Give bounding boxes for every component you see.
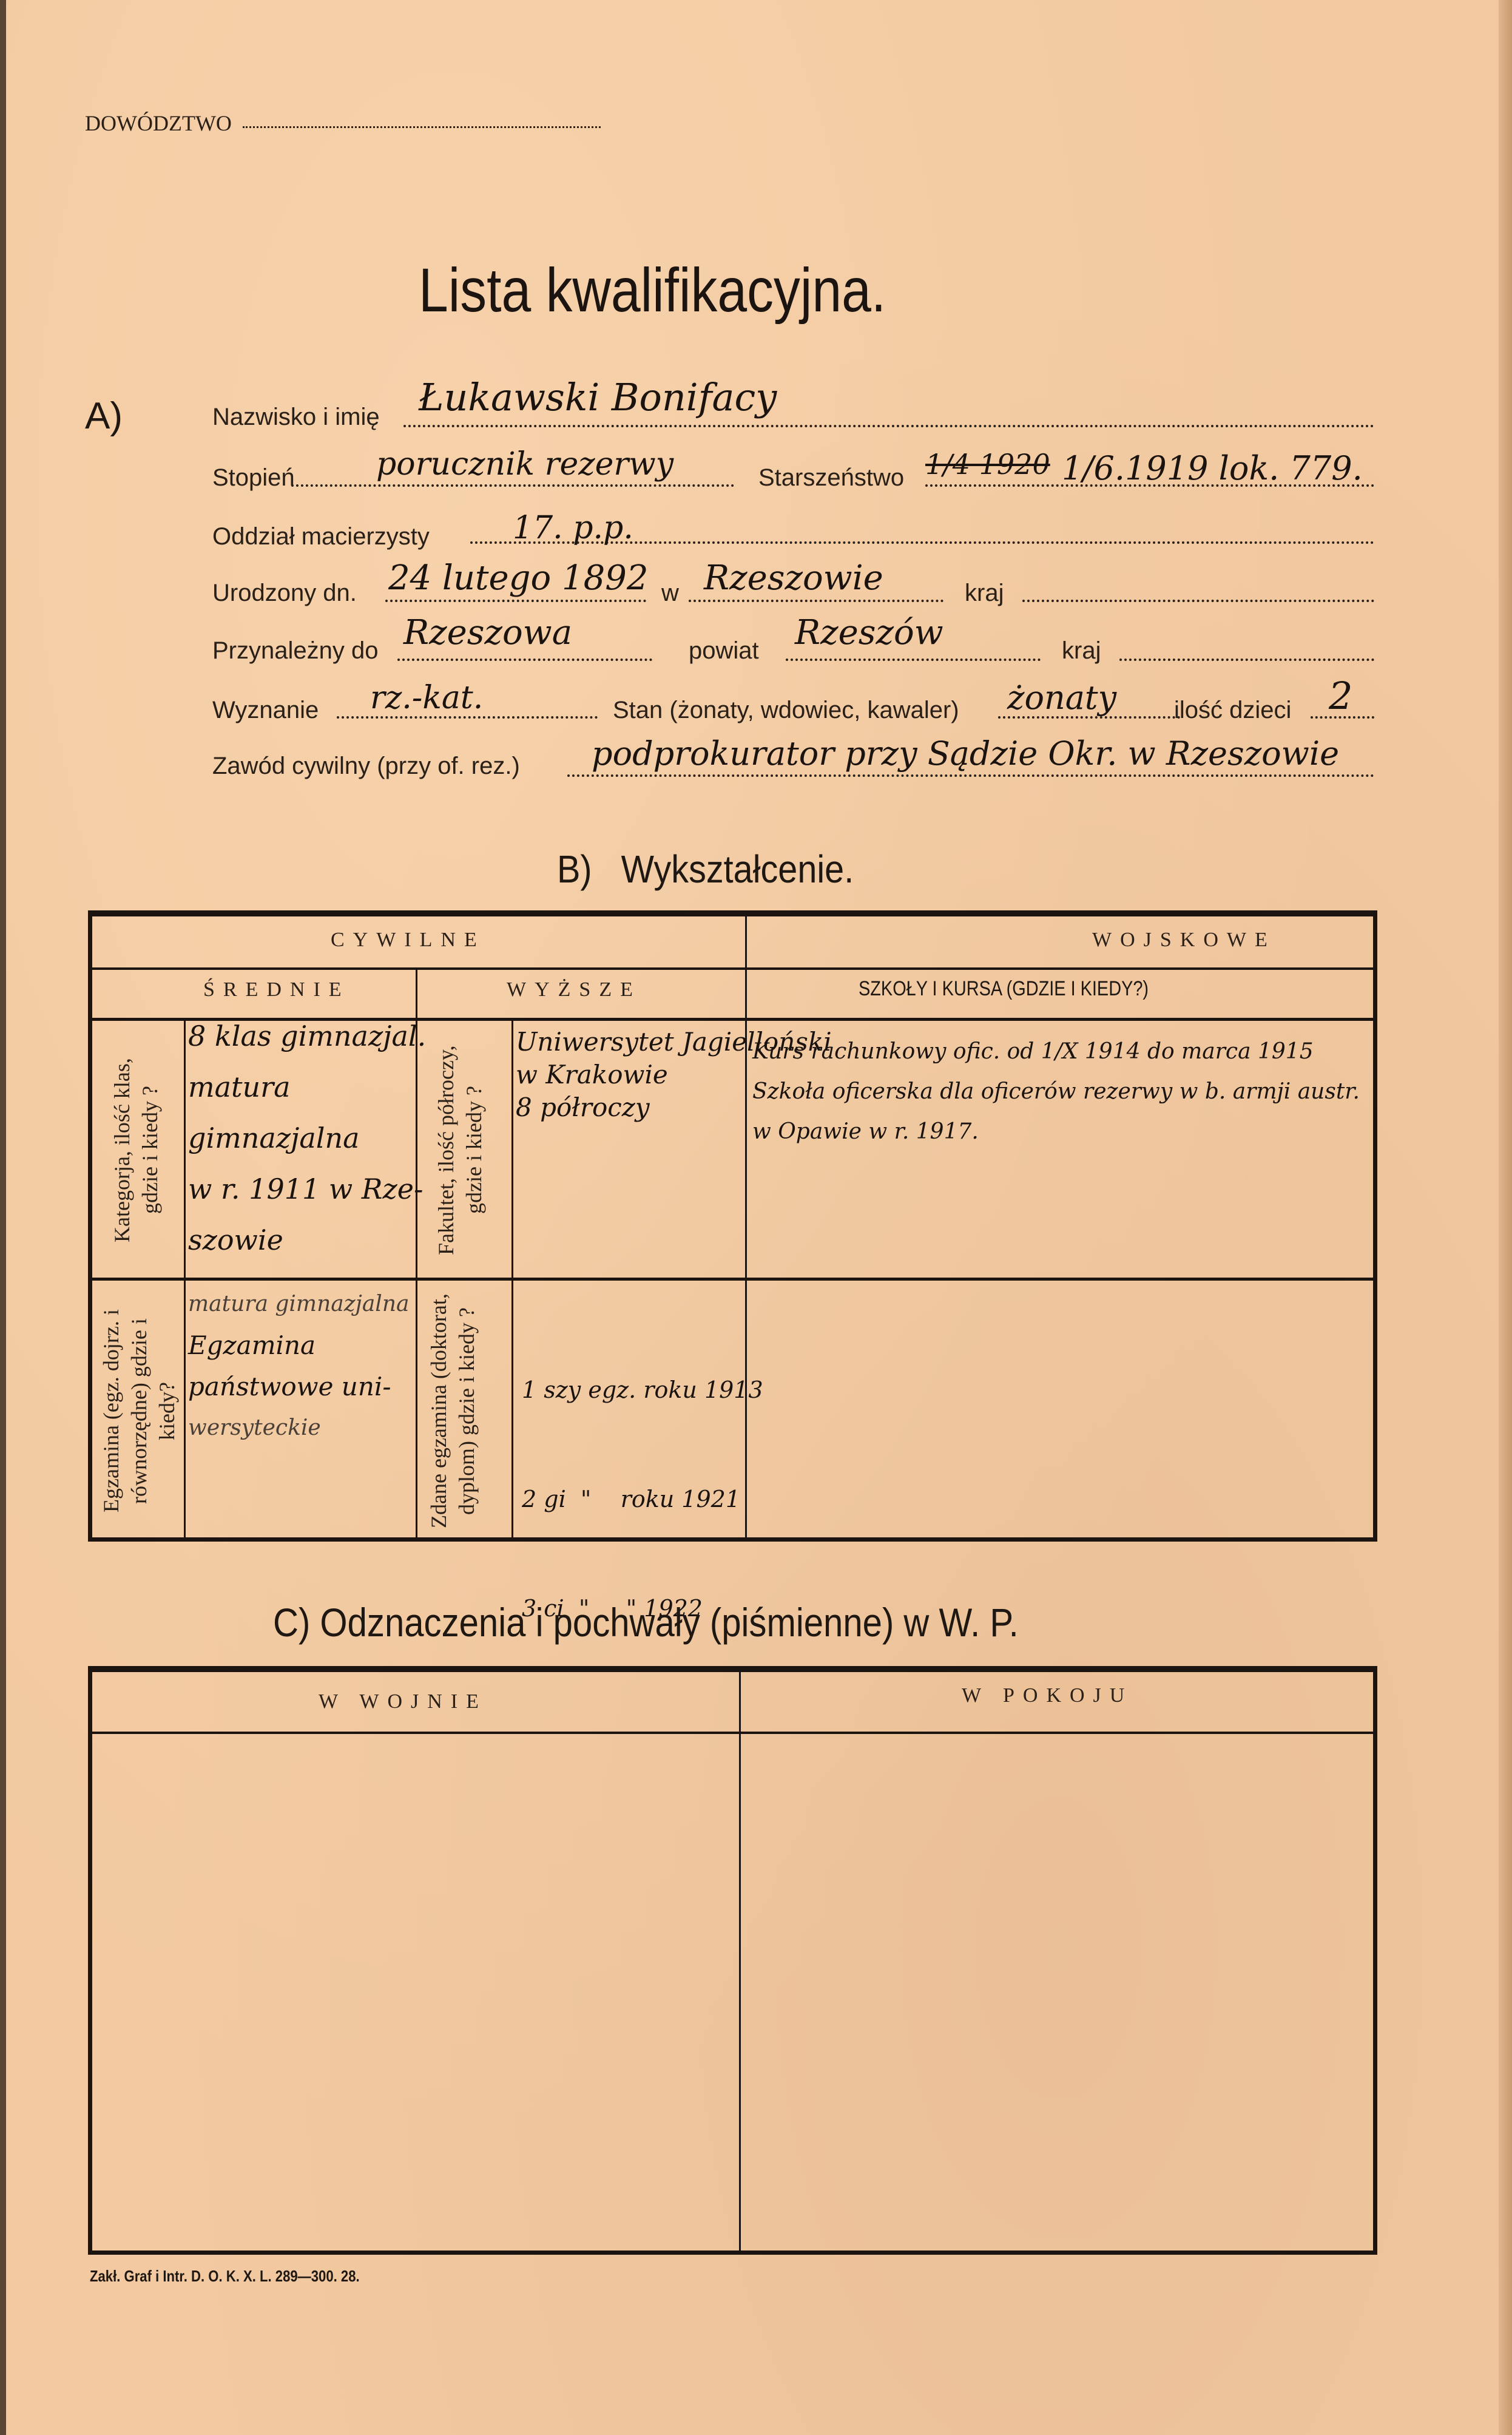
divider-row — [92, 1278, 1374, 1281]
civil-profession-field[interactable] — [567, 774, 1374, 777]
belongs-country-label: kraj — [1062, 637, 1101, 665]
name-value: Łukawski Bonifacy — [419, 375, 777, 419]
section-c-title: C) Odznaczenia i pochwały (piśmienne) w … — [273, 1599, 1019, 1645]
parent-unit-label: Oddział macierzysty — [212, 523, 430, 550]
district-value: Rzeszów — [795, 613, 943, 652]
divider-awards-header — [92, 1732, 1374, 1734]
religion-value: rz.-kat. — [370, 680, 483, 716]
war-header: W WOJNIE — [319, 1690, 487, 1713]
exam-entry: matura gimnazjalna Egzamina państwowe un… — [188, 1284, 409, 1449]
peace-awards-cell[interactable] — [741, 1736, 1372, 2249]
military-entry: Kurs rachunkowy ofic. od 1/X 1914 do mar… — [752, 1032, 1360, 1152]
born-date-field[interactable] — [385, 600, 646, 602]
religion-field[interactable] — [337, 716, 598, 719]
divider-header-1 — [92, 967, 1374, 970]
exam-row-label: Egzamina (egz. dojrz. i równorzędne) gdz… — [97, 1290, 182, 1532]
marital-status-label: Stan (żonaty, wdowiec, kawaler) — [613, 697, 959, 724]
secondary-entry: 8 klas gimnazjal. matura gimnazjalna w r… — [188, 1011, 426, 1265]
war-awards-cell[interactable] — [94, 1736, 737, 2249]
civil-profession-value: podprokurator przy Sądzie Okr. w Rzeszow… — [592, 734, 1339, 773]
higher-header: WYŻSZE — [507, 978, 641, 1001]
rank-value: porucznik rezerwy — [376, 446, 673, 483]
belongs-to-value: Rzeszowa — [403, 613, 572, 652]
seniority-struck-value: 1/4 1920 — [925, 448, 1050, 481]
name-field[interactable] — [403, 425, 1374, 427]
born-place-field[interactable] — [689, 600, 943, 602]
rank-field[interactable] — [291, 484, 734, 487]
parent-unit-value: 17. p.p. — [513, 510, 633, 546]
rank-label: Stopień — [212, 464, 295, 492]
military-header: WOJSKOWE — [1092, 929, 1276, 952]
category-row-label: Kategorja, ilość klas, gdzie i kiedy ? — [108, 1032, 175, 1268]
belongs-country-field[interactable] — [1119, 659, 1374, 661]
born-place-value: Rzeszowie — [704, 558, 883, 598]
religion-label: Wyznanie — [212, 697, 319, 724]
secondary-header: ŚREDNIE — [203, 978, 350, 1001]
seniority-label: Starszeństwo — [758, 464, 904, 492]
command-field[interactable] — [243, 126, 601, 128]
page-edge-right — [1499, 0, 1512, 2435]
section-b-title: B) Wykształcenie. — [557, 847, 854, 892]
born-date-label: Urodzony dn. — [212, 580, 357, 607]
seniority-value: 1/6.1919 lok. 779. — [1062, 449, 1363, 487]
passed-exams-row-label: Zdane egzamina (doktorat, dyplom) gdzie … — [425, 1290, 510, 1532]
civil-header: CYWILNE — [331, 929, 485, 952]
born-country-field[interactable] — [1022, 600, 1374, 602]
schools-header: SZKOŁY I KURSA (GDZIE I KIEDY?) — [859, 977, 1149, 1001]
marital-status-value: żonaty — [1007, 679, 1116, 717]
command-label: DOWÓDZTWO — [85, 110, 232, 136]
printer-note: Zakł. Graf i Intr. D. O. K. X. L. 289—30… — [90, 2267, 360, 2286]
belongs-to-label: Przynależny do — [212, 637, 378, 665]
peace-header: W POKOJU — [962, 1684, 1133, 1707]
page-edge-left — [0, 0, 6, 2435]
children-value: 2 — [1329, 674, 1352, 718]
belongs-to-field[interactable] — [397, 659, 652, 661]
born-date-value: 24 lutego 1892 — [388, 558, 649, 598]
born-country-label: kraj — [965, 580, 1004, 607]
district-label: powiat — [689, 637, 759, 665]
born-place-label: w — [661, 580, 679, 607]
faculty-row-label: Fakultet, ilość półroczy, gdzie i kiedy … — [432, 1032, 499, 1268]
children-label: ilość dzieci — [1174, 697, 1291, 724]
district-field[interactable] — [786, 659, 1041, 661]
section-a-marker: A) — [85, 395, 123, 438]
page-title: Lista kwalifikacyjna. — [419, 255, 886, 326]
divider-war-peace — [739, 1670, 741, 2250]
name-label: Nazwisko i imię — [212, 404, 380, 431]
civil-profession-label: Zawód cywilny (przy of. rez.) — [212, 753, 520, 780]
